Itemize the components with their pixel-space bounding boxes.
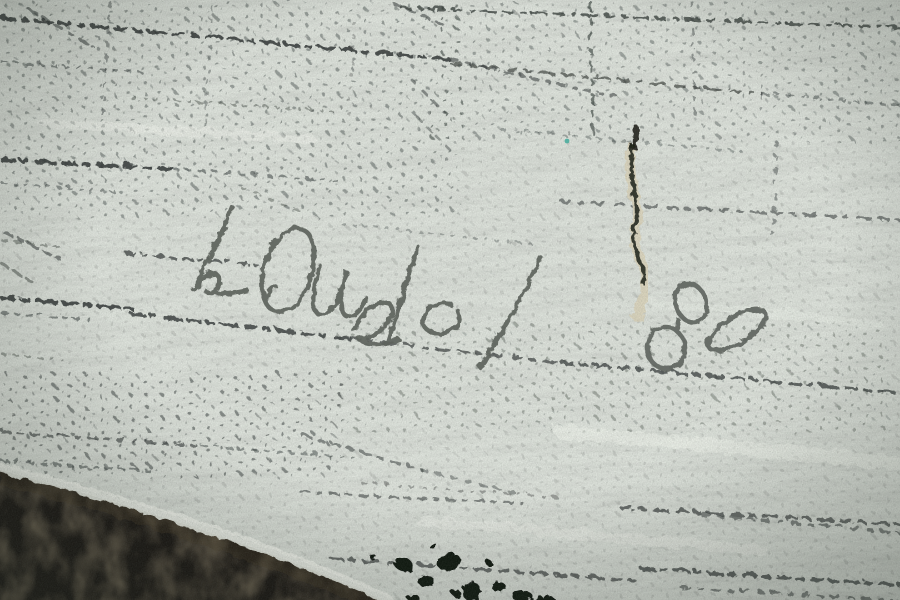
vignette [0,0,900,600]
painting-photo: Oukel 80 80 [0,0,900,600]
painting-canvas: Oukel 80 80 [0,0,900,600]
